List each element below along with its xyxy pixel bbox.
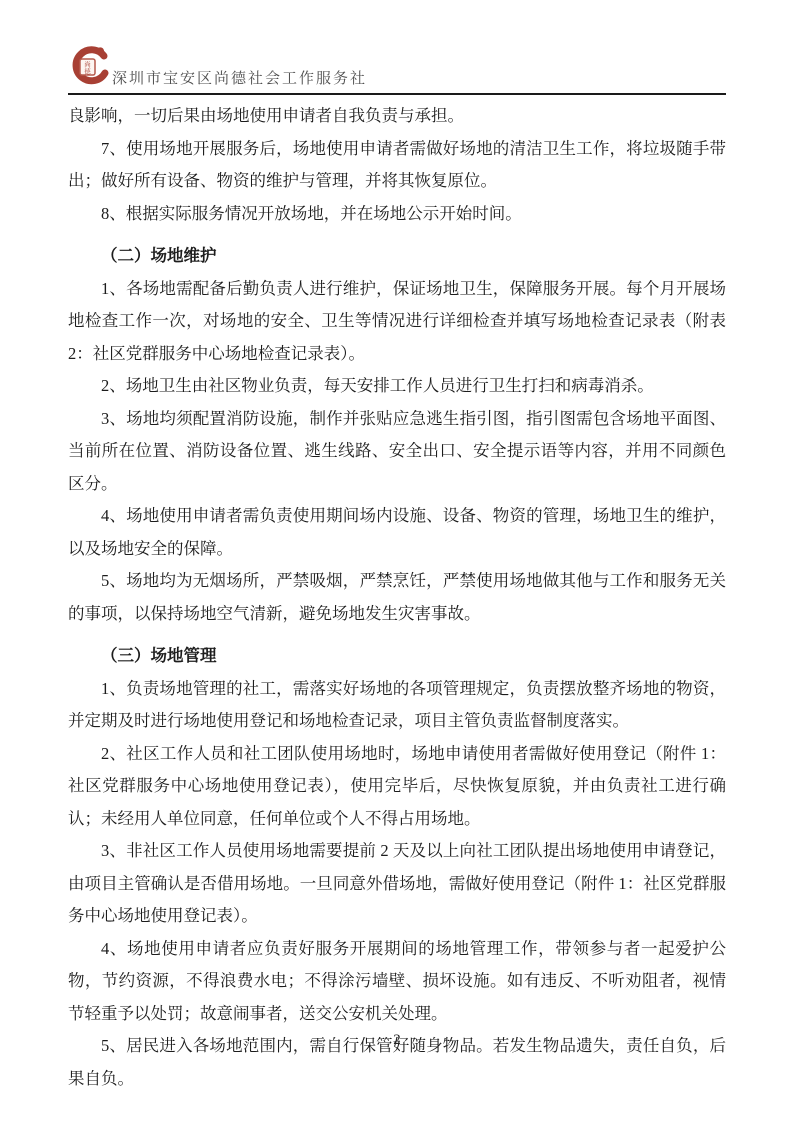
logo-seal-text-top: 尚 [84, 60, 91, 69]
paragraph: 1、各场地需配备后勤负责人进行维护，保证场地卫生，保障服务开展。每个月开展场地检… [68, 273, 726, 371]
paragraph: 1、负责场地管理的社工，需落实好场地的各项管理规定，负责摆放整齐场地的物资，并定… [68, 673, 726, 738]
paragraph: 3、非社区工作人员使用场地需要提前 2 天及以上向社工团队提出场地使用申请登记，… [68, 835, 726, 933]
logo-seal-text-bottom: 德 [84, 67, 91, 76]
paragraph: 4、场地使用申请者需负责使用期间场内设施、设备、物资的管理，场地卫生的维护，以及… [68, 500, 726, 565]
org-name: 深圳市宝安区尚德社会工作服务社 [112, 69, 367, 90]
paragraph: 8、根据实际服务情况开放场地，并在场地公示开始时间。 [68, 198, 726, 231]
section-heading: （二）场地维护 [68, 240, 726, 273]
paragraph: 5、场地均为无烟场所，严禁吸烟，严禁烹饪，严禁使用场地做其他与工作和服务无关的事… [68, 565, 726, 630]
page-header: 尚 德 深圳市宝安区尚德社会工作服务社 [68, 42, 726, 95]
paragraph: 7、使用场地开展服务后，场地使用申请者需做好场地的清洁卫生工作，将垃圾随手带出；… [68, 133, 726, 198]
paragraph: 2、场地卫生由社区物业负责，每天安排工作人员进行卫生打扫和病毒消杀。 [68, 370, 726, 403]
paragraph: 4、场地使用申请者应负责好服务开展期间的场地管理工作，带领参与者一起爱护公物，节… [68, 933, 726, 1031]
paragraph: 2、社区工作人员和社工团队使用场地时，场地申请使用者需做好使用登记（附件 1：社… [68, 738, 726, 836]
section-heading: （三）场地管理 [68, 640, 726, 673]
org-logo-icon: 尚 德 [68, 42, 110, 90]
paragraph: 3、场地均须配置消防设施，制作并张贴应急逃生指引图，指引图需包含场地平面图、当前… [68, 403, 726, 501]
document-page: 尚 德 深圳市宝安区尚德社会工作服务社 良影响，一切后果由场地使用申请者自我负责… [0, 0, 794, 1123]
paragraph: 良影响，一切后果由场地使用申请者自我负责与承担。 [68, 100, 726, 133]
document-body: 良影响，一切后果由场地使用申请者自我负责与承担。7、使用场地开展服务后，场地使用… [68, 100, 726, 1095]
page-number: 2 [0, 1032, 794, 1049]
